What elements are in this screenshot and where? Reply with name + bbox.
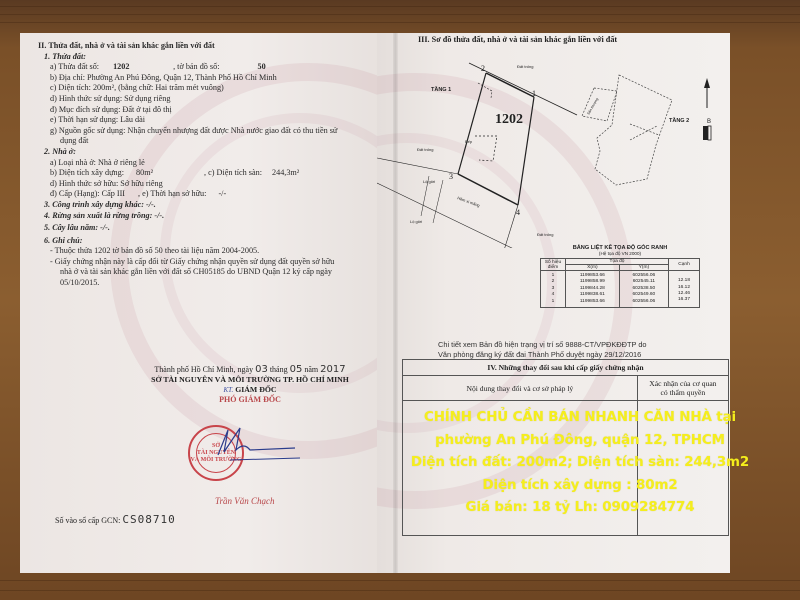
advert-line: CHÍNH CHỦ CẦN BÁN NHANH CĂN NHÀ tại [395, 407, 765, 430]
place-date: Thành phố Hồ Chí Minh, ngày 03 tháng 05 … [120, 365, 380, 375]
kt-mark: KT. [223, 386, 233, 394]
sign-day: 03 [255, 364, 268, 375]
coord-grid: Số hiệu điểm Tọa độ Cạnh X(m) Y(m) 1 2 3… [540, 258, 700, 308]
col-header: Cạnh [669, 259, 700, 271]
coord-table-subtitle: (Hệ tọa độ VN 2000) [540, 251, 700, 256]
note-line: - Thuộc thửa 1202 tờ bản đồ số 50 theo t… [38, 246, 388, 257]
use-form: d) Hình thức sử dụng: Sử dụng riêng [38, 94, 388, 105]
map-label: Sân thượng [586, 97, 599, 115]
signer-name: Trần Văn Chạch [215, 496, 275, 506]
north-arrow-icon [697, 78, 717, 148]
corner-point: 2 [481, 64, 485, 73]
table-row: 1 2 3 4 1 1199853.66 1199858.99 1199844.… [541, 271, 700, 308]
signature-block: Thành phố Hồ Chí Minh, ngày 03 tháng 05 … [120, 365, 380, 405]
sign-year: 2017 [320, 364, 345, 375]
place-date-prefix: Thành phố Hồ Chí Minh, ngày [154, 365, 253, 374]
notes-heading: 6. Ghi chú: [38, 236, 388, 247]
map-label: Hẻm xi măng [457, 195, 481, 208]
own-term-label: , e) Thời hạn sở hữu: [138, 189, 206, 200]
signature-scribble [200, 420, 310, 470]
map-reference: Chi tiết xem Bản đồ hiện trạng vị trí số… [438, 340, 647, 359]
col-header: Số hiệu điểm [541, 259, 566, 271]
floor-area-label: , c) Diện tích sàn: [204, 168, 262, 179]
coordinate-table: BẢNG LIỆT KÊ TỌA ĐỘ GÓC RANH (Hệ tọa độ … [540, 245, 700, 308]
floor-area: 244,3m² [262, 168, 299, 179]
note-line: - Giấy chứng nhận này là cấp đổi từ Giấy… [38, 257, 388, 268]
advert-line: Diện tích đất: 200m2; Diện tích sàn: 244… [395, 452, 765, 475]
perennial: 5. Cây lâu năm: -/-. [38, 223, 388, 234]
advert-line: phường An Phú Đông, quận 12, TPHCM [395, 430, 765, 453]
wood-grain [0, 6, 800, 7]
land-house-info: II. Thửa đất, nhà ở và tài sản khác gắn … [38, 41, 388, 289]
own-term: -/- [206, 189, 226, 200]
section-title: II. Thửa đất, nhà ở và tài sản khác gắn … [38, 41, 388, 52]
wood-grain [0, 22, 800, 23]
sale-advert-overlay: CHÍNH CHỦ CẦN BÁN NHANH CĂN NHÀ tại phườ… [395, 407, 765, 520]
sign-month: 05 [290, 364, 303, 375]
gcn-label: Số vào sổ cấp GCN: [55, 516, 120, 525]
wood-grain [0, 590, 800, 591]
build-area: 80m² [124, 168, 204, 179]
origin-line1: g) Nguồn gốc sử dụng: Nhận chuyển nhượng… [38, 126, 388, 137]
changes-col-content: Nội dung thay đổi và cơ sở pháp lý [403, 376, 638, 401]
use-term: e) Thời hạn sử dụng: Lâu dài [38, 115, 388, 126]
map-label: Đất trống [417, 147, 433, 152]
origin-line2: dụng đất [38, 136, 388, 147]
map-reference-line: Chi tiết xem Bản đồ hiện trạng vị trí số… [438, 340, 647, 350]
changes-title: IV. Những thay đổi sau khi cấp giấy chứn… [403, 360, 729, 376]
house-heading: 2. Nhà ở: [38, 147, 388, 158]
confirm-line: có thẩm quyền [639, 388, 727, 397]
forest: 4. Rừng sản xuất là rừng trồng: -/-. [38, 211, 388, 222]
map-parcel-number: 1202 [495, 112, 523, 127]
note-line: 05/10/2015. [38, 278, 388, 289]
advert-contact: Giá bán: 18 tỷ Lh: 0909284774 [395, 497, 765, 520]
parcel-number: 1202 [99, 62, 173, 73]
area: c) Diện tích: 200m², (bằng chữ: Hai trăm… [38, 83, 388, 94]
other-construction: 3. Công trình xây dựng khác: -/-. [38, 200, 388, 211]
address: b) Địa chỉ: Phường An Phú Đông, Quận 12,… [38, 73, 388, 84]
corner-point: 1 [532, 89, 536, 98]
map-label: Lộ giới [423, 179, 435, 184]
ownership: d) Hình thức sở hữu: Sở hữu riêng [38, 179, 388, 190]
house-area-row: b) Diện tích xây dựng: 80m² , c) Diện tí… [38, 168, 388, 179]
director-title: GIÁM ĐỐC [235, 385, 276, 394]
gcn-entry: Số vào sổ cấp GCN: CS08710 [55, 513, 176, 526]
year-label: năm [304, 365, 318, 374]
map-label: Đất trống [517, 64, 533, 69]
corner-point: 3 [449, 172, 453, 181]
map-reference-line: Văn phòng đăng ký đất đai Thành Phố duyệ… [438, 350, 647, 360]
agency-name: SỞ TÀI NGUYÊN VÀ MÔI TRƯỜNG TP. HỒ CHÍ M… [120, 375, 380, 385]
confirm-line: Xác nhận của cơ quan [639, 379, 727, 388]
x-coord: 1199853.66 [567, 299, 618, 305]
map-label: Bếp [465, 139, 473, 144]
y-coord: 602556.06 [621, 299, 667, 305]
floor1-label: TẦNG 1 [431, 86, 451, 93]
map-label: Đất trống [537, 232, 553, 237]
wood-grain [0, 580, 800, 581]
land-heading: 1. Thửa đất: [38, 52, 388, 63]
floor2-label: TẦNG 2 [669, 117, 689, 124]
gcn-number: CS08710 [122, 513, 175, 526]
certificate-left-page: II. Thửa đất, nhà ở và tài sản khác gắn … [20, 33, 395, 573]
grade: đ) Cấp (Hạng): Cấp III [50, 189, 138, 200]
map-label: Lộ giới [410, 219, 422, 224]
map-sheet-label: , tờ bản đồ số: [173, 62, 219, 73]
build-area-label: b) Diện tích xây dựng: [50, 168, 124, 179]
use-purpose: đ) Mục đích sử dụng: Đất ở tại đô thị [38, 105, 388, 116]
edge-length: 16.37 [670, 297, 698, 303]
month-label: tháng [270, 365, 288, 374]
advert-line: Diện tích xây dựng : 80m2 [395, 475, 765, 498]
parcel-row: a) Thửa đất số: 1202 , tờ bản đồ số: 50 [38, 62, 388, 73]
grade-row: đ) Cấp (Hạng): Cấp III , e) Thời hạn sở … [38, 189, 388, 200]
parcel-label: a) Thửa đất số: [50, 62, 99, 73]
house-type: a) Loại nhà ở: Nhà ở riêng lẻ [38, 158, 388, 169]
note-line: nhà ở và tài sản khác gắn liền với đất s… [38, 267, 388, 278]
changes-col-confirm: Xác nhận của cơ quan có thẩm quyền [637, 376, 728, 401]
map-sheet-number: 50 [219, 62, 265, 73]
point-id: 1 [542, 299, 564, 305]
parcel-map: TẦNG 1 TẦNG 2 1202 1 2 3 4 B Đất trống Đ… [377, 33, 730, 248]
deputy-title: PHÓ GIÁM ĐỐC [120, 395, 380, 405]
director-line: KT. GIÁM ĐỐC [120, 385, 380, 395]
wood-grain [0, 14, 800, 15]
corner-point: 4 [516, 208, 520, 217]
